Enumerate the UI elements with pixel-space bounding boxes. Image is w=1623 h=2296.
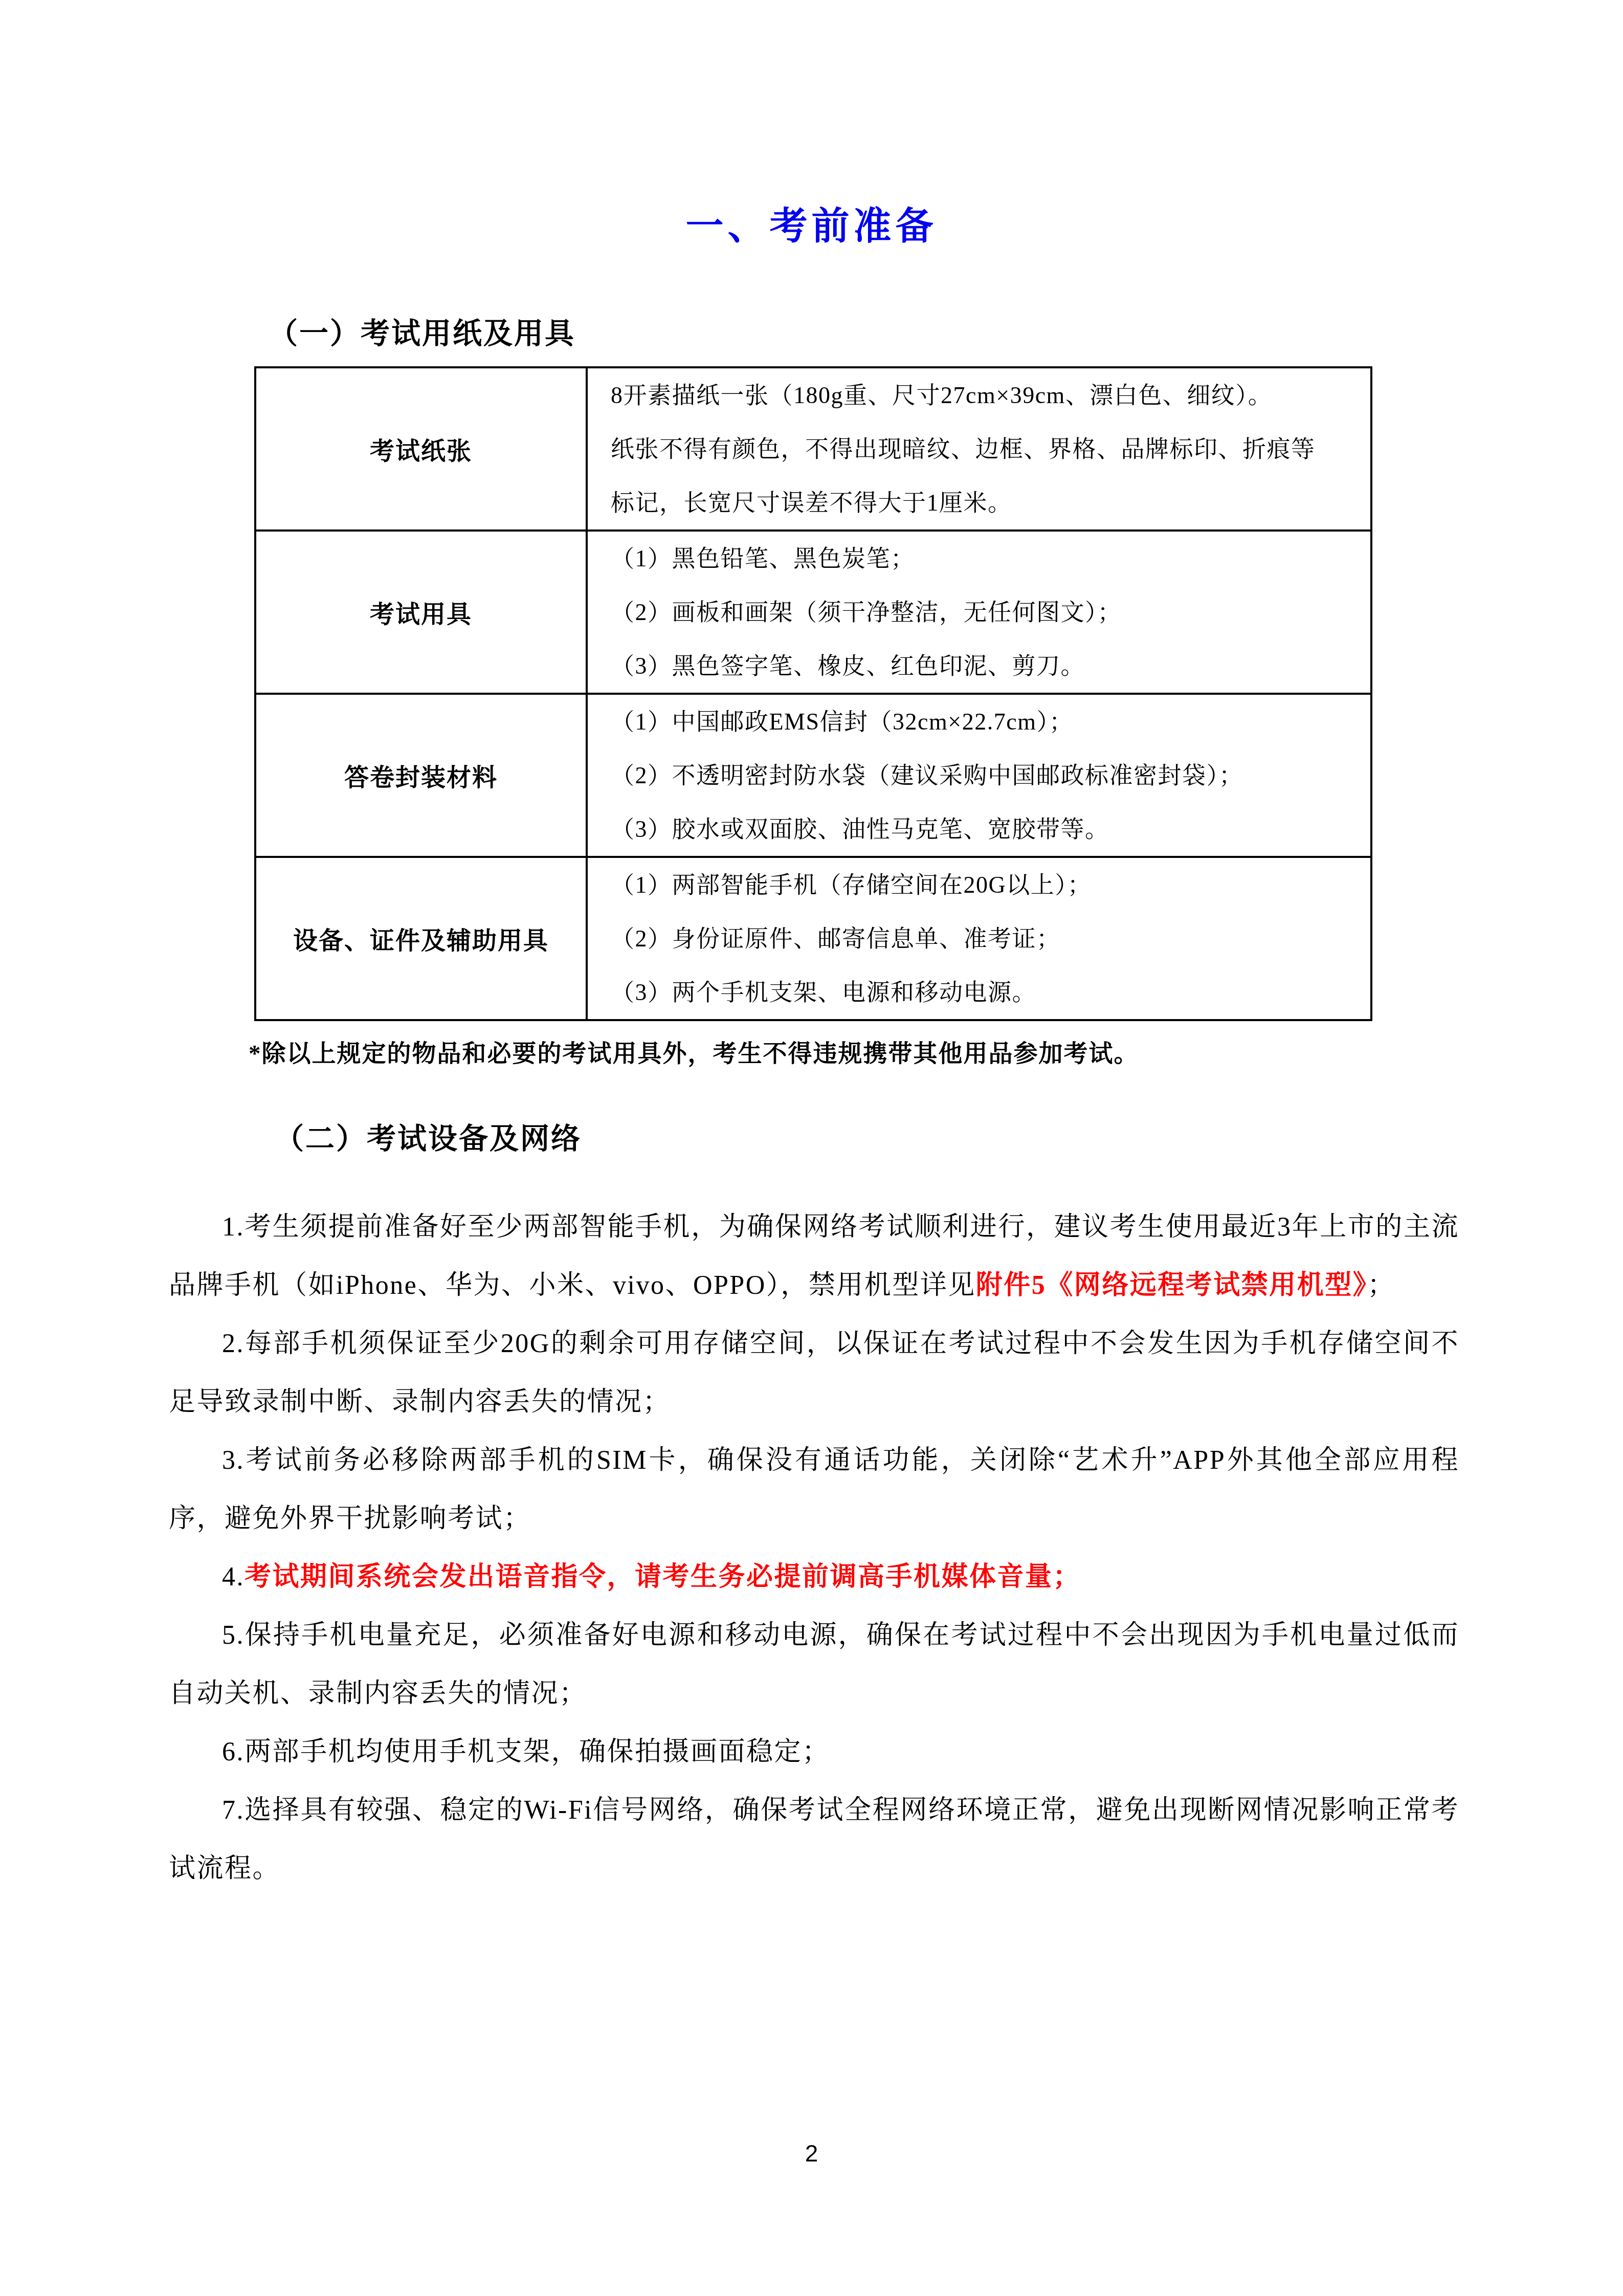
row-content-tools: （1）黑色铅笔、黑色炭笔； （2）画板和画架（须干净整洁，无任何图文）； （3）… bbox=[587, 531, 1371, 694]
table-row: 设备、证件及辅助用具 （1）两部智能手机（存储空间在20G以上）； （2）身份证… bbox=[255, 857, 1371, 1020]
paragraph-text: 4. bbox=[222, 1562, 244, 1592]
cell-line: 8开素描纸一张（180g重、尺寸27cm×39cm、漂白色、细纹）。 bbox=[611, 368, 1360, 422]
volume-warning-text: 考试期间系统会发出语音指令，请考生务必提前调高手机媒体音量； bbox=[244, 1562, 1081, 1592]
cell-line: （1）黑色铅笔、黑色炭笔； bbox=[611, 532, 1360, 585]
row-label-devices: 设备、证件及辅助用具 bbox=[255, 857, 587, 1020]
table-row: 考试纸张 8开素描纸一张（180g重、尺寸27cm×39cm、漂白色、细纹）。 … bbox=[255, 367, 1371, 531]
paragraph-3: 3.考试前务必移除两部手机的SIM卡，确保没有通话功能，关闭除“艺术升”APP外… bbox=[169, 1431, 1459, 1548]
paragraph-text: 7.选择具有较强、稳定的Wi-Fi信号网络，确保考试全程网络环境正常，避免出现断… bbox=[169, 1796, 1459, 1883]
table-footnote: *除以上规定的物品和必要的考试用具外，考生不得违规携带其他用品参加考试。 bbox=[249, 1039, 1495, 1069]
cell-line: （2）画板和画架（须干净整洁，无任何图文）； bbox=[611, 585, 1360, 639]
paragraph-4: 4.考试期间系统会发出语音指令，请考生务必提前调高手机媒体音量； bbox=[169, 1548, 1459, 1606]
table-row: 答卷封装材料 （1）中国邮政EMS信封（32cm×22.7cm）； （2）不透明… bbox=[255, 694, 1371, 857]
paragraph-text: 2.每部手机须保证至少20G的剩余可用存储空间，以保证在考试过程中不会发生因为手… bbox=[169, 1329, 1459, 1417]
row-content-devices: （1）两部智能手机（存储空间在20G以上）； （2）身份证原件、邮寄信息单、准考… bbox=[587, 857, 1371, 1020]
paragraph-text: 3.考试前务必移除两部手机的SIM卡，确保没有通话功能，关闭除“艺术升”APP外… bbox=[169, 1446, 1459, 1533]
cell-line: （1）中国邮政EMS信封（32cm×22.7cm）； bbox=[611, 695, 1360, 748]
row-label-tools: 考试用具 bbox=[255, 531, 587, 694]
cell-line: （3）两个手机支架、电源和移动电源。 bbox=[611, 965, 1360, 1019]
paragraph-1: 1.考生须提前准备好至少两部智能手机，为确保网络考试顺利进行，建议考生使用最近3… bbox=[169, 1198, 1459, 1315]
paragraph-7: 7.选择具有较强、稳定的Wi-Fi信号网络，确保考试全程网络环境正常，避免出现断… bbox=[169, 1781, 1459, 1898]
cell-line: （2）不透明密封防水袋（建议采购中国邮政标准密封袋）； bbox=[611, 748, 1360, 802]
exam-materials-table: 考试纸张 8开素描纸一张（180g重、尺寸27cm×39cm、漂白色、细纹）。 … bbox=[254, 366, 1372, 1021]
row-label-packaging: 答卷封装材料 bbox=[255, 694, 587, 857]
table-row: 考试用具 （1）黑色铅笔、黑色炭笔； （2）画板和画架（须干净整洁，无任何图文）… bbox=[255, 531, 1371, 694]
row-content-paper: 8开素描纸一张（180g重、尺寸27cm×39cm、漂白色、细纹）。 纸张不得有… bbox=[587, 367, 1371, 531]
paragraph-2: 2.每部手机须保证至少20G的剩余可用存储空间，以保证在考试过程中不会发生因为手… bbox=[169, 1315, 1459, 1431]
page-number: 2 bbox=[0, 2139, 1623, 2167]
document-page: 一、考前准备 （一）考试用纸及用具 考试纸张 8开素描纸一张（180g重、尺寸2… bbox=[0, 0, 1623, 2296]
paragraph-5: 5.保持手机电量充足，必须准备好电源和移动电源，确保在考试过程中不会出现因为手机… bbox=[169, 1606, 1459, 1723]
page-title: 一、考前准备 bbox=[0, 0, 1623, 249]
cell-line: （3）黑色签字笔、橡皮、红色印泥、剪刀。 bbox=[611, 639, 1360, 693]
cell-line: 标记，长宽尺寸误差不得大于1厘米。 bbox=[611, 476, 1360, 529]
attachment5-reference: 附件5《网络远程考试禁用机型》 bbox=[976, 1271, 1368, 1300]
row-content-packaging: （1）中国邮政EMS信封（32cm×22.7cm）； （2）不透明密封防水袋（建… bbox=[587, 694, 1371, 857]
cell-line: （2）身份证原件、邮寄信息单、准考证； bbox=[611, 912, 1360, 965]
paragraph-text: ； bbox=[1367, 1271, 1395, 1300]
cell-line: （1）两部智能手机（存储空间在20G以上）； bbox=[611, 858, 1360, 912]
row-label-paper: 考试纸张 bbox=[255, 367, 587, 531]
cell-line: （3）胶水或双面胶、油性马克笔、宽胶带等。 bbox=[611, 802, 1360, 856]
section2-heading: （二）考试设备及网络 bbox=[275, 1122, 1623, 1156]
section1-heading: （一）考试用纸及用具 bbox=[269, 317, 1623, 351]
section2-paragraphs: 1.考生须提前准备好至少两部智能手机，为确保网络考试顺利进行，建议考生使用最近3… bbox=[169, 1198, 1459, 1898]
paragraph-text: 5.保持手机电量充足，必须准备好电源和移动电源，确保在考试过程中不会出现因为手机… bbox=[169, 1621, 1459, 1708]
paragraph-6: 6.两部手机均使用手机支架，确保拍摄画面稳定； bbox=[169, 1723, 1459, 1781]
paragraph-text: 6.两部手机均使用手机支架，确保拍摄画面稳定； bbox=[222, 1737, 830, 1767]
cell-line: 纸张不得有颜色，不得出现暗纹、边框、界格、品牌标印、折痕等 bbox=[611, 422, 1360, 476]
